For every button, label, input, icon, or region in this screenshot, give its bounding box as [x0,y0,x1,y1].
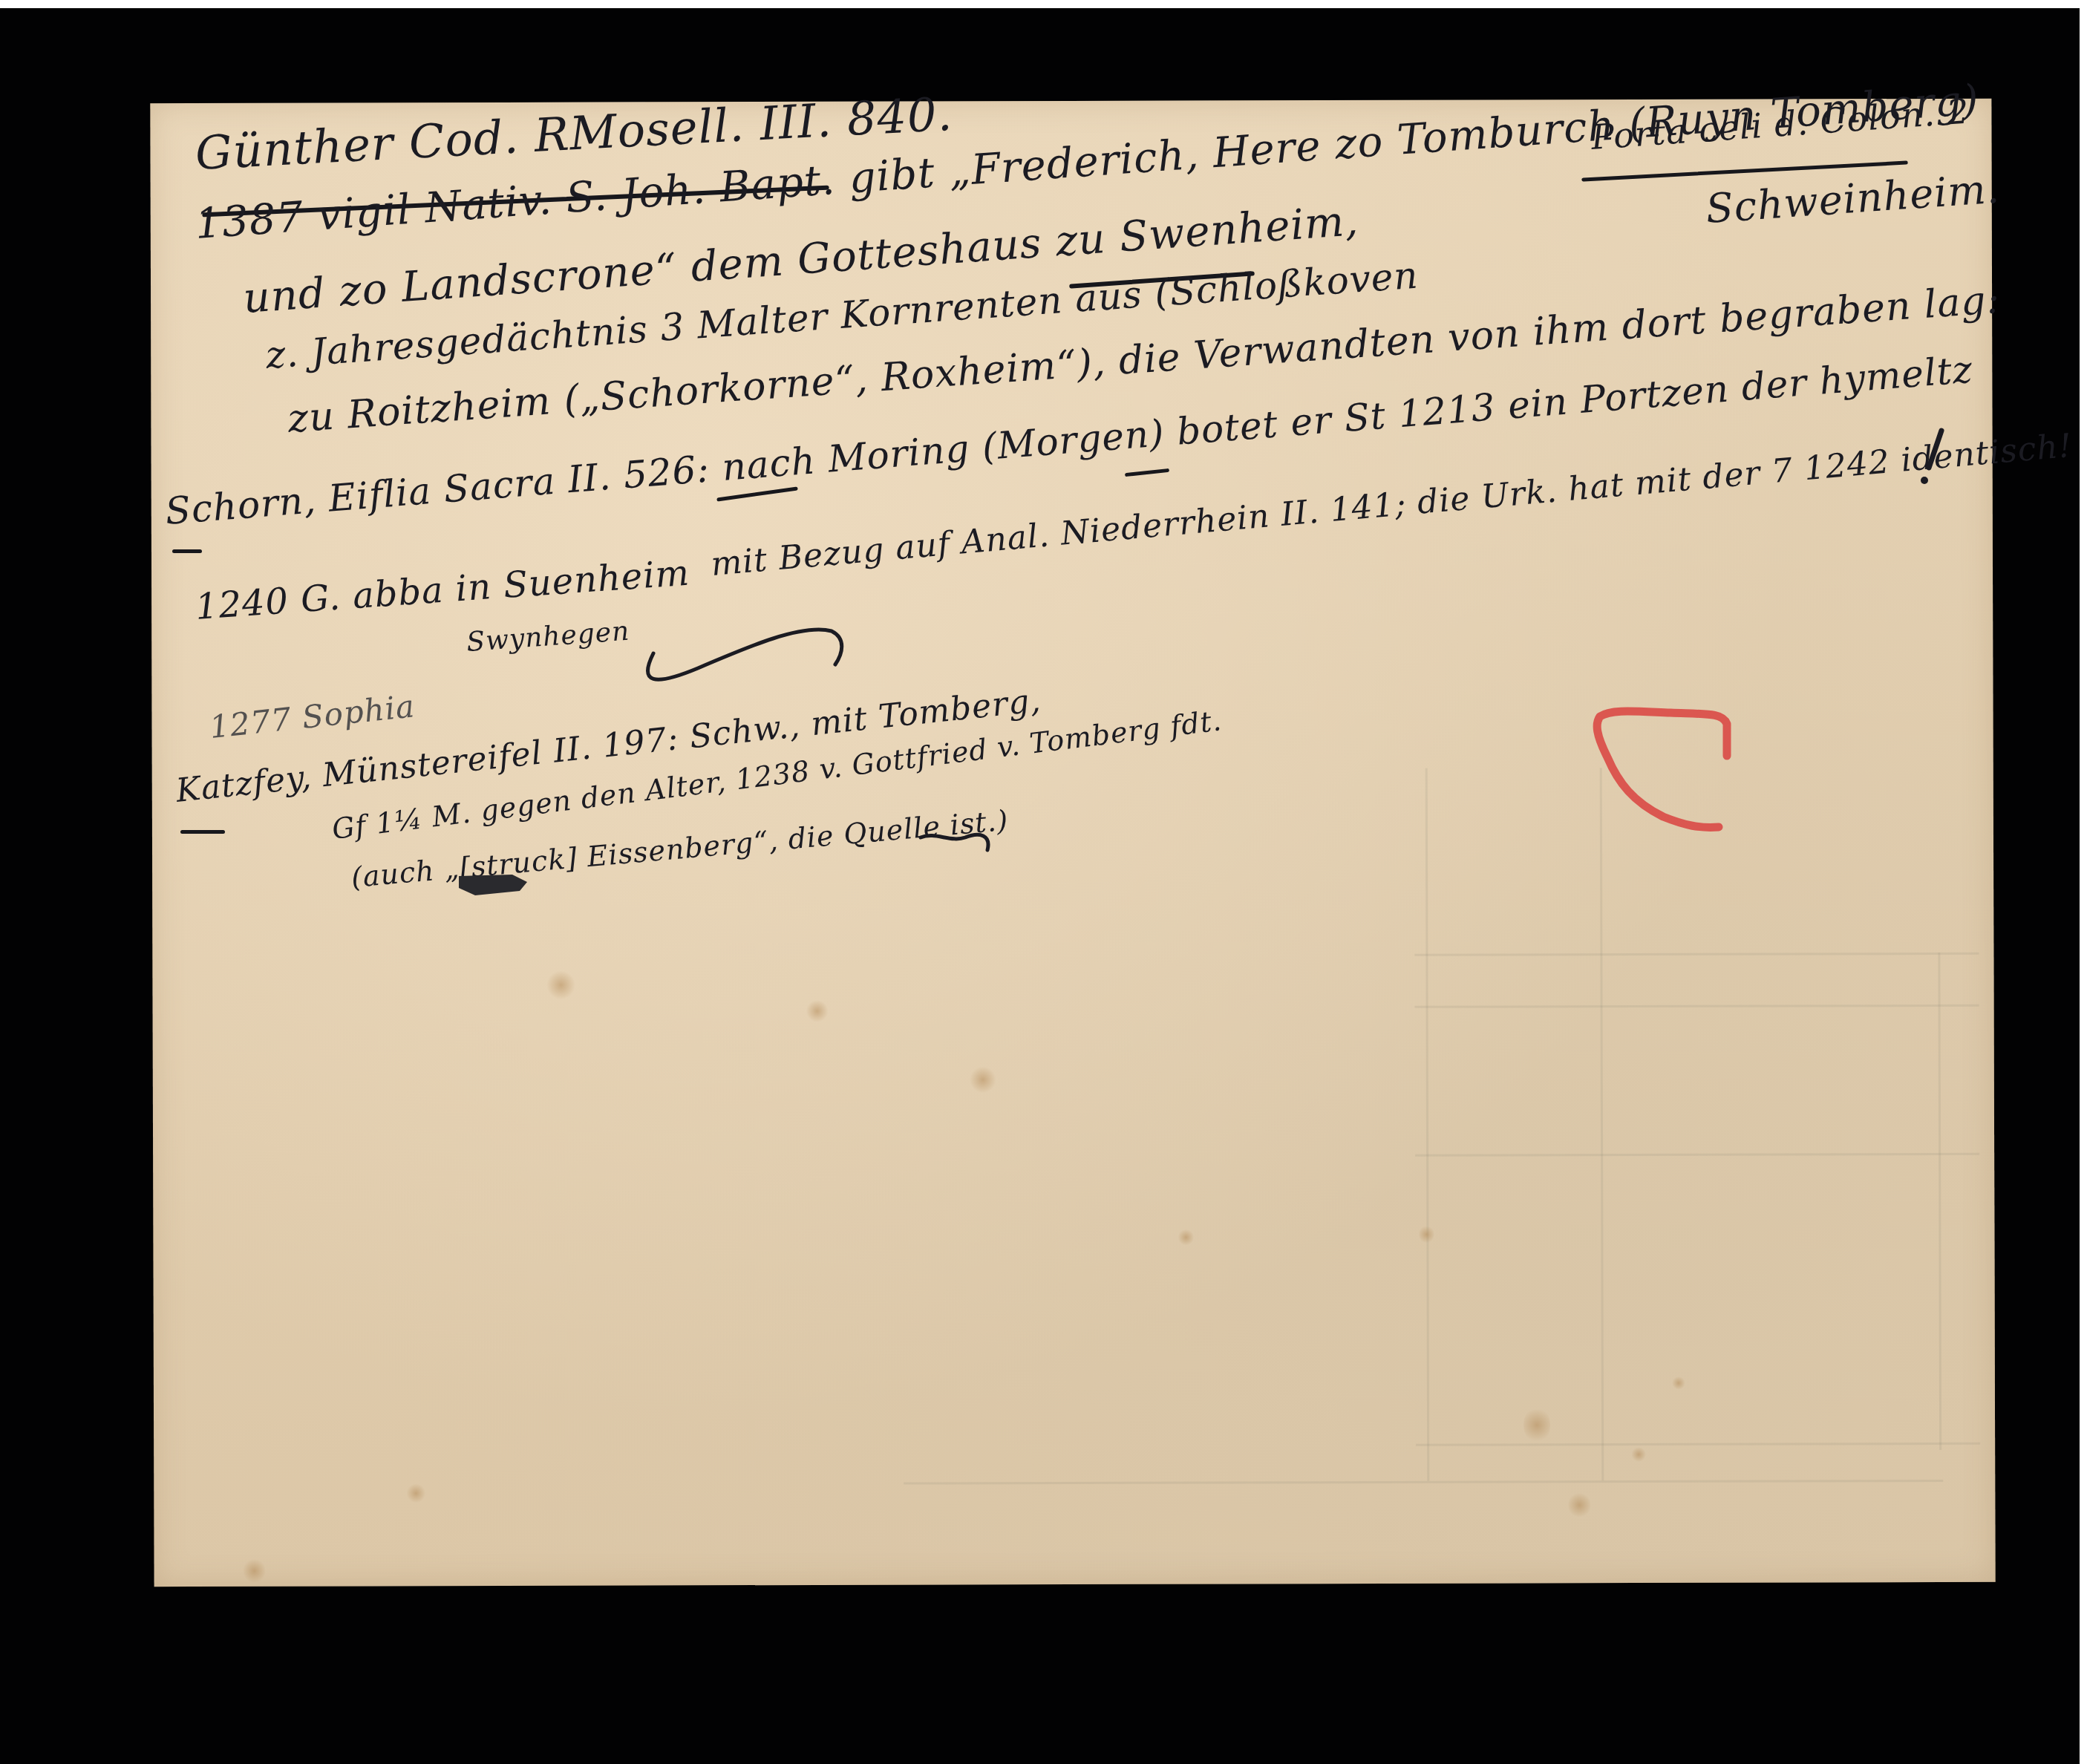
show-through-line [1416,1443,1980,1446]
foxing-spot [1419,1225,1434,1244]
schorn-underline [172,549,202,553]
show-through-line [1425,768,1430,1481]
foxing-spot [1672,1376,1685,1390]
foxing-spot [406,1483,425,1503]
foxing-spot [244,1558,266,1584]
foxing-spot [806,1000,829,1022]
foxing-spot [1631,1447,1646,1462]
foxing-spot [1568,1492,1590,1518]
scan-margin [2080,8,2087,1764]
show-through-line [1414,953,1979,956]
show-through-line [1415,1153,1979,1157]
foxing-spot [1523,1406,1550,1443]
foxing-spot [970,1066,996,1093]
katzfey-underline [180,830,225,834]
foxing-spot [1178,1229,1194,1246]
foxing-spot [546,971,575,999]
show-through-line [1938,953,1941,1450]
show-through-line [1600,768,1604,1480]
show-through-line [904,1480,1943,1485]
show-through-line [1415,1004,1979,1008]
